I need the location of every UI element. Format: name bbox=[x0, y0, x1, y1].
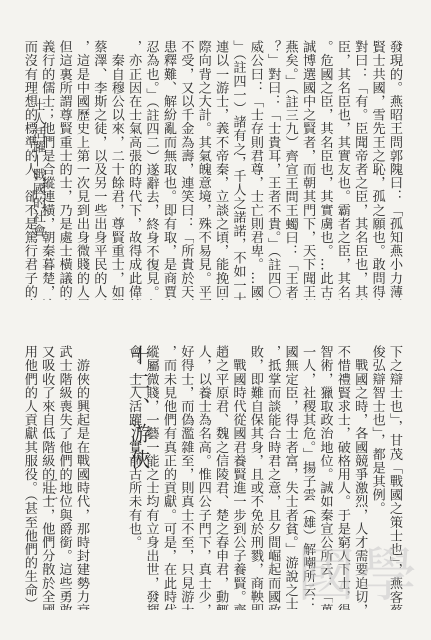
text-column: ，亦正因在士氣高張的時代下，故得成此偉績耳。 bbox=[125, 40, 142, 300]
text-column: 際向背之大計。其氣魄意境，殊不易見。平原君欲封之，連 bbox=[194, 40, 211, 300]
text-column: 燕矣。」（註三九）齊宣王問王蠋曰：「王者貴乎？士貴乎 bbox=[281, 40, 298, 300]
text-column: 誠博選國中之賢者，而朝其門下，天下聞王朝其賢臣，必趨於 bbox=[299, 40, 316, 300]
text-column: 好得士，而偽濫雜至，則真士不至，只見游士氣燄之高張 bbox=[177, 345, 194, 610]
text-column: 縱屬微賤，一藝一能之士均有立身出世，發揮自己才能的機 bbox=[142, 345, 159, 610]
text-column: 但這裏所謂尊賢重士的士，乃是處士橫議的處士，而非以仁 bbox=[55, 40, 72, 300]
text-column: ，而未見他們有真正的貢獻。可是，在此時代，一個人出身 bbox=[160, 345, 177, 610]
text-column: 人，以養士為名高。惟四公子門下，真士少，偽士多，雖聞 bbox=[194, 345, 211, 610]
text-column: 用他們的人貢獻其服役。（甚至他們的生命）這些游俠的特 bbox=[20, 345, 37, 610]
text-column: 趙之平原君、魏之信陵君、楚之春申君，動輒門下食客數千 bbox=[212, 345, 229, 610]
text-column bbox=[90, 345, 107, 610]
text-column: 臣，其名臣也，其實友也。霸者之臣，其名臣也，其實賓也 bbox=[333, 40, 350, 300]
text-column: 。危國之臣，其名臣也，其實虜也。…此古致士之道也。王 bbox=[316, 40, 333, 300]
text-column: 會。士人活躍，實前古所未有也。 bbox=[125, 345, 142, 610]
text-column: 」（註四一）諸有之，千人之諾諾，不如一士之諤諤。魯仲 bbox=[229, 40, 246, 300]
text-column: 蔡澤、李斯之徒，以及另一些出身平民的人，都做到了宰相 bbox=[90, 40, 107, 300]
text-block-top: 發現的。燕昭王問郭隗曰：「孤知燕小力薄，不足報仇，得 賢士共國，雪先王之恥，孤之… bbox=[20, 40, 403, 300]
text-column: 義行的儒士；他們是合縱連橫，朝秦暮楚，追求富貴利祿， bbox=[38, 40, 55, 300]
text-column: 連以一游士，義不帝秦，立談之頃，能挽回秦、趙交爭、國 bbox=[212, 40, 229, 300]
text-column: 患釋難、解紛亂而無取也。即有取，是商賈之行也，而連不 bbox=[160, 40, 177, 300]
text-column: ，抵掌而談能合時君之意，且夕間崛起而國政在握。然其勢 bbox=[264, 345, 281, 610]
text-column: 賢士共國，雪先王之恥，孤之願也。敢問得士有道乎？」隗 bbox=[368, 40, 385, 300]
text-column: 對曰：「有。臣聞帝者之臣，其名臣也，其實師也。王者之 bbox=[351, 40, 368, 300]
text-column: 游俠的興起是在戰國時代，那時封建勢力衰落，傳統的 bbox=[73, 345, 90, 610]
text-column bbox=[107, 345, 124, 610]
text-column: 不受，又以千金為壽，連笑曰：「所貴於天下士者，為人排 bbox=[177, 40, 194, 300]
text-column: ，這是中國歷史上第一次見到出身微賤的人居於如此高職。 bbox=[73, 40, 90, 300]
text-column: 發現的。燕昭王問郭隗曰：「孤知燕小力薄，不足報仇，得 bbox=[386, 40, 403, 300]
scanned-book-page: 士人活躍—戰國的社會 發現的。燕昭王問郭隗曰：「孤知燕小力薄，不足報仇，得 賢士… bbox=[0, 0, 431, 640]
text-column: ？」對曰：「士貴耳，王者不貴。」（註四〇）寧越對東周 bbox=[264, 40, 281, 300]
text-column: 戰國時代從國君養賢進一步到公子養賢。齊之孟嘗君、 bbox=[229, 345, 246, 610]
text-column: 敗，即難自保其身，且或不免於刑戮，商鞅即其一例。 bbox=[246, 345, 263, 610]
text-column: 威公曰：「士存則君尊，士亡則君卑。…國大胡可不貴乎？ bbox=[246, 40, 263, 300]
text-column: 忍為也。」（註四二）遂辭去，終身不復見。魯仲連之高節 bbox=[142, 40, 159, 300]
watermark: 國學 bbox=[297, 528, 421, 612]
page-number: 一三 bbox=[40, 474, 59, 500]
text-column: 而沒有理想的標準的人，卻不是篤行君子的真儒。蘇秦「天 bbox=[20, 40, 37, 300]
text-column: 秦自穆公以來，二十餘君，尊賢重士，如張儀、范雎、 bbox=[107, 40, 124, 300]
